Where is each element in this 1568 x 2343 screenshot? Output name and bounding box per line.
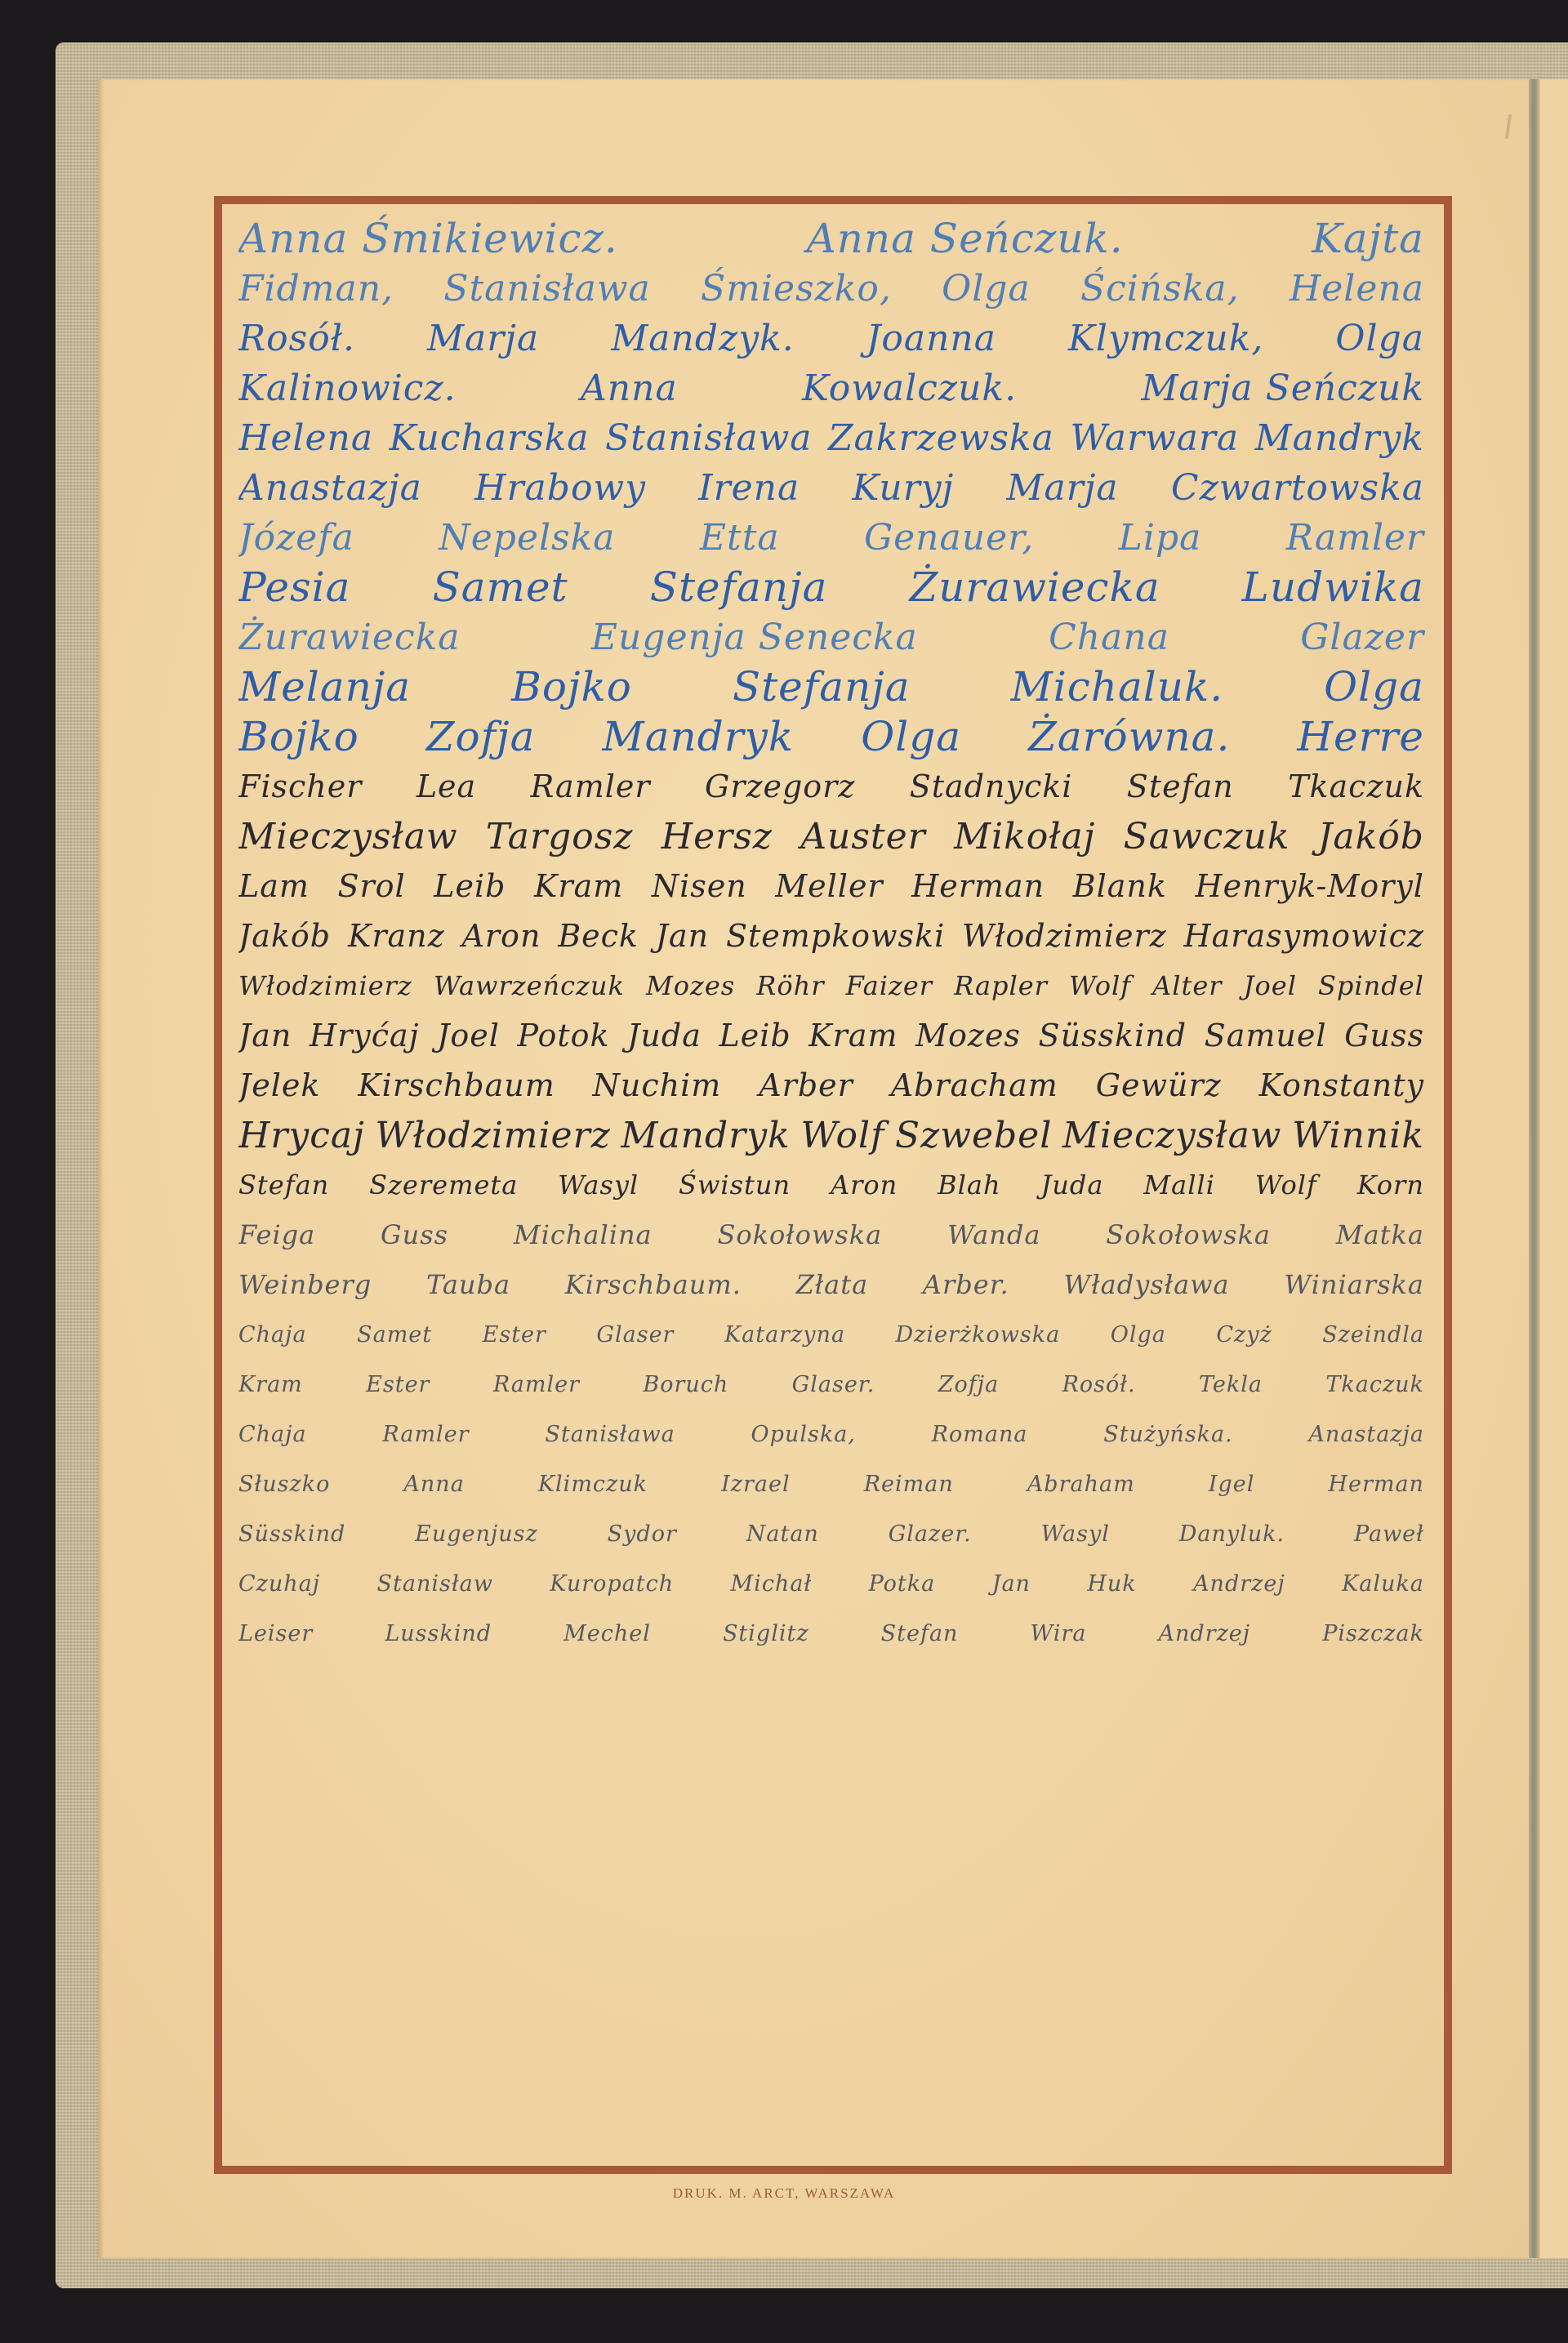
signature-word: Nepelska — [439, 513, 623, 563]
signature-word: Kram — [238, 1360, 311, 1410]
signature-word: Samet — [357, 1310, 440, 1360]
signature-word: Stadnycki — [910, 762, 1081, 812]
signature-word: Michaluk. — [1011, 662, 1232, 712]
signature-word: Sydor — [608, 1509, 685, 1559]
signature-word: Arber — [759, 1061, 862, 1111]
signature-word: Żurawiecka — [909, 563, 1168, 612]
signature-word: Jakób — [1318, 812, 1432, 862]
signature-line: MieczysławTargoszHerszAusterMikołajSawcz… — [238, 812, 1432, 862]
signature-word: Złata — [796, 1260, 877, 1310]
signature-word: Ester — [366, 1360, 438, 1410]
signature-word: Genauer, — [864, 513, 1042, 563]
signature-word: Kirschbaum — [358, 1061, 563, 1111]
signature-word: Kaluka — [1342, 1559, 1432, 1609]
signature-line: MelanjaBojkoStefanjaMichaluk.Olga — [238, 662, 1432, 712]
signature-word: Dzierżkowska — [896, 1310, 1069, 1360]
signature-word: Sokołowska — [717, 1210, 890, 1260]
signature-word: Kram — [808, 1011, 906, 1061]
signature-line: ChajaRamlerStanisławaOpulska,RomanaStuży… — [238, 1410, 1432, 1459]
signature-word: Winnik — [1292, 1111, 1432, 1160]
signature-word: Malli — [1143, 1160, 1223, 1210]
signature-line: HelenaKucharskaStanisławaZakrzewskaWarwa… — [238, 413, 1432, 463]
signature-word: Włodzimierz — [962, 911, 1175, 961]
signature-word: Kirschbaum. — [565, 1260, 750, 1310]
signature-word: Andrzej — [1193, 1559, 1294, 1609]
signature-word: Joel — [437, 1011, 508, 1061]
signature-word: Jan — [992, 1559, 1039, 1609]
signature-word: Wira — [1031, 1609, 1095, 1659]
signature-word: Jelek — [238, 1061, 328, 1111]
signature-word: Juda — [627, 1011, 710, 1061]
signature-word: Stanisława — [443, 264, 658, 314]
signature-frame: Anna Śmikiewicz.Anna Seńczuk.KajtaFidman… — [214, 196, 1452, 2174]
signature-word: Weinberg — [238, 1260, 380, 1310]
signature-word: Beck — [558, 911, 647, 961]
signature-word: Melanja — [238, 662, 419, 712]
signature-word: Paweł — [1354, 1509, 1432, 1559]
signature-word: Targosz — [486, 812, 642, 862]
signature-word: Olga — [1324, 662, 1432, 712]
signature-word: Sokołowska — [1106, 1210, 1279, 1260]
signature-word: Żurawiecka — [238, 612, 469, 662]
signature-word: Kajta — [1312, 214, 1432, 264]
signature-word: Glaser. — [792, 1360, 884, 1410]
signature-word: Czwartowska — [1171, 463, 1432, 513]
signature-word: Glaser — [596, 1310, 682, 1360]
signature-word: Süsskind — [1039, 1011, 1196, 1061]
signature-word: Wasyl — [1041, 1509, 1118, 1559]
signature-word: Kowalczuk. — [802, 363, 1025, 413]
signature-word: Konstanty — [1259, 1061, 1432, 1111]
signature-word: Igel — [1209, 1459, 1263, 1509]
signature-word: Ramler — [382, 1410, 477, 1459]
signature-word: Stefan — [238, 1160, 337, 1210]
signature-word: Stanisława — [545, 1410, 683, 1459]
signature-word: Marja — [427, 314, 547, 363]
signature-line: SüsskindEugenjuszSydorNatanGlazer.WasylD… — [238, 1509, 1432, 1559]
signature-line: LamSrolLeibKramNisenMellerHermanBlankHen… — [238, 862, 1432, 911]
signature-word: Kuryj — [852, 463, 962, 513]
signature-word: Tkaczuk — [1288, 762, 1432, 812]
signature-word: Tauba — [426, 1260, 519, 1310]
signature-word: Olga — [1335, 314, 1432, 363]
signature-word: Joanna — [866, 314, 1004, 363]
signature-word: Spindel — [1318, 961, 1432, 1011]
signature-word: Wolf — [800, 1111, 893, 1160]
signature-word: Ścińska, — [1080, 264, 1248, 314]
signature-word: Andrzej — [1158, 1609, 1258, 1659]
signature-word: Mandryk — [603, 712, 803, 762]
signature-word: Marja — [1006, 463, 1126, 513]
signature-word: Korn — [1357, 1160, 1432, 1210]
signature-word: Hryćaj — [310, 1011, 428, 1061]
signature-line: JózefaNepelskaEttaGenauer,LipaRamler — [238, 513, 1432, 563]
signature-line: PesiaSametStefanjaŻurawieckaLudwika — [238, 563, 1432, 612]
signature-word: Klimczuk — [538, 1459, 656, 1509]
signature-word: Romana — [932, 1410, 1036, 1459]
signature-word: Chana — [1049, 612, 1178, 662]
signature-word: Anna Śmikiewicz. — [238, 214, 626, 264]
signature-word: Lipa — [1119, 513, 1210, 563]
signature-word: Blank — [1073, 862, 1175, 911]
signature-word: Matka — [1336, 1210, 1432, 1260]
signature-word: Katarzyna — [724, 1310, 853, 1360]
signature-word: Mozes — [646, 961, 743, 1011]
signature-word: Eugenja Senecka — [591, 612, 926, 662]
signature-line: AnastazjaHrabowyIrenaKuryjMarjaCzwartows… — [238, 463, 1432, 513]
signature-word: Aron — [831, 1160, 906, 1210]
printer-imprint: DRUK. M. ARCT, WARSZAWA — [0, 2185, 1568, 2202]
signature-word: Anna — [581, 363, 686, 413]
signature-word: Guss — [1344, 1011, 1432, 1061]
signature-word: Chaja — [238, 1410, 315, 1459]
signature-word: Stefan — [881, 1609, 967, 1659]
signature-word: Kranz — [348, 911, 453, 961]
signature-word: Wanda — [947, 1210, 1049, 1260]
signature-word: Jakób — [238, 911, 339, 961]
signature-word: Potok — [517, 1011, 617, 1061]
signature-word: Helena — [238, 413, 381, 463]
signature-line: KramEsterRamlerBoruchGlaser.ZofjaRosół.T… — [238, 1360, 1432, 1410]
signature-word: Glazer. — [889, 1509, 980, 1559]
signature-word: Herman — [1328, 1459, 1432, 1509]
signature-word: Anastazja — [1309, 1410, 1432, 1459]
signature-word: Mandzyk. — [611, 314, 802, 363]
signature-word: Chaja — [238, 1310, 315, 1360]
signature-line: ChajaSametEsterGlaserKatarzynaDzierżkows… — [238, 1310, 1432, 1360]
signature-word: Anastazja — [238, 463, 430, 513]
signature-line: JelekKirschbaumNuchimArberAbrachamGewürz… — [238, 1061, 1432, 1111]
signature-word: Jan — [238, 1011, 300, 1061]
signature-word: Ludwika — [1242, 563, 1432, 612]
signature-word: Guss — [381, 1210, 457, 1260]
signature-word: Fischer — [238, 762, 370, 812]
signature-word: Mikołaj — [954, 812, 1103, 862]
signature-word: Joel — [1244, 961, 1305, 1011]
signature-word: Kucharska — [390, 413, 598, 463]
signature-list: Anna Śmikiewicz.Anna Seńczuk.KajtaFidman… — [238, 214, 1432, 2158]
signature-word: Sawczuk — [1124, 812, 1298, 862]
signature-line: JakóbKranzAronBeckJanStempkowskiWłodzimi… — [238, 911, 1432, 961]
signature-word: Kalinowicz. — [238, 363, 465, 413]
signature-word: Jan — [656, 911, 717, 961]
signature-line: BojkoZofjaMandrykOlgaŻarówna.Herre — [238, 712, 1432, 762]
signature-word: Szeindla — [1322, 1310, 1432, 1360]
signature-line: Anna Śmikiewicz.Anna Seńczuk.Kajta — [238, 214, 1432, 264]
signature-word: Hersz — [661, 812, 781, 862]
signature-word: Ester — [483, 1310, 555, 1360]
signature-word: Olga — [861, 712, 969, 762]
signature-word: Samuel — [1205, 1011, 1335, 1061]
signature-word: Abracham — [891, 1061, 1067, 1111]
signature-word: Zofja — [938, 1360, 1007, 1410]
signature-word: Auster — [800, 812, 933, 862]
signature-line: ŻurawieckaEugenja SeneckaChanaGlazer — [238, 612, 1432, 662]
signature-word: Rosół. — [238, 314, 363, 363]
signature-word: Opulska, — [751, 1410, 864, 1459]
signature-word: Michalina — [514, 1210, 661, 1260]
signature-word: Ramler — [531, 762, 659, 812]
signature-word: Ramler — [1286, 513, 1432, 563]
signature-word: Nuchim — [593, 1061, 730, 1111]
signature-word: Irena — [698, 463, 808, 513]
signature-word: Zofja — [426, 712, 544, 762]
signature-word: Wawrzeńczuk — [434, 961, 633, 1011]
signature-word: Leib — [719, 1011, 799, 1061]
signature-word: Meller — [775, 862, 891, 911]
signature-word: Anna Seńczuk. — [807, 214, 1132, 264]
signature-word: Leiser — [238, 1609, 321, 1659]
signature-word: Tkaczuk — [1325, 1360, 1432, 1410]
signature-word: Mieczysław — [238, 812, 466, 862]
signature-word: Abraham — [1027, 1459, 1143, 1509]
signature-word: Süsskind — [238, 1509, 354, 1559]
signature-line: FeigaGussMichalinaSokołowskaWandaSokołow… — [238, 1210, 1432, 1260]
signature-word: Stefanja — [650, 563, 836, 612]
signature-word: Marja Seńczuk — [1141, 363, 1432, 413]
signature-word: Henryk-Moryl — [1195, 862, 1432, 911]
signature-word: Arber. — [923, 1260, 1018, 1310]
signature-word: Warwara — [1070, 413, 1247, 463]
facing-page-edge — [1539, 79, 1568, 2258]
signature-word: Czuhaj — [238, 1559, 328, 1609]
signature-word: Świstun — [679, 1160, 799, 1210]
signature-word: Mieczysław — [1062, 1111, 1290, 1160]
signature-word: Szwebel — [895, 1111, 1060, 1160]
signature-word: Danyluk. — [1179, 1509, 1293, 1559]
signature-word: Ramler — [493, 1360, 588, 1410]
signature-word: Lusskind — [385, 1609, 500, 1659]
signature-word: Włodzimierz — [238, 961, 421, 1011]
signature-word: Harasymowicz — [1183, 911, 1432, 961]
signature-word: Wolf — [1069, 961, 1139, 1011]
signature-line: WeinbergTaubaKirschbaum.ZłataArber.Włady… — [238, 1260, 1432, 1310]
signature-line: Kalinowicz.AnnaKowalczuk.Marja Seńczuk — [238, 363, 1432, 413]
signature-word: Stefanja — [733, 662, 919, 712]
signature-word: Wasyl — [558, 1160, 647, 1210]
signature-word: Aron — [461, 911, 549, 961]
signature-word: Mandryk — [621, 1111, 798, 1160]
signature-line: FischerLeaRamlerGrzegorzStadnyckiStefanT… — [238, 762, 1432, 812]
signature-word: Władysława — [1063, 1260, 1237, 1310]
signature-word: Stanisława — [605, 413, 820, 463]
signature-word: Etta — [700, 513, 788, 563]
signature-word: Gewürz — [1096, 1061, 1230, 1111]
signature-word: Olga — [1111, 1310, 1174, 1360]
signature-word: Wolf — [1255, 1160, 1325, 1210]
signature-word: Juda — [1040, 1160, 1111, 1210]
signature-word: Piszczak — [1322, 1609, 1432, 1659]
signature-word: Śmieszko, — [701, 264, 900, 314]
signature-word: Bojko — [511, 662, 640, 712]
signature-word: Stefan — [1127, 762, 1242, 812]
signature-word: Mandryk — [1255, 413, 1432, 463]
signature-word: Boruch — [643, 1360, 737, 1410]
signature-word: Herman — [911, 862, 1053, 911]
signature-line: SłuszkoAnnaKlimczukIzraelReimanAbrahamIg… — [238, 1459, 1432, 1509]
signature-word: Winiarska — [1284, 1260, 1432, 1310]
signature-word: Olga — [942, 264, 1039, 314]
signature-word: Eugenjusz — [415, 1509, 546, 1559]
signature-word: Feiga — [238, 1210, 323, 1260]
signature-word: Anna — [403, 1459, 472, 1509]
signature-line: Fidman,StanisławaŚmieszko,OlgaŚcińska,He… — [238, 264, 1432, 314]
signature-word: Lea — [416, 762, 484, 812]
signature-word: Huk — [1087, 1559, 1144, 1609]
signature-word: Nisen — [652, 862, 755, 911]
signature-line: StefanSzeremetaWasylŚwistunAronBlahJudaM… — [238, 1160, 1432, 1210]
signature-word: Kram — [534, 862, 631, 911]
signature-word: Reiman — [864, 1459, 962, 1509]
signature-word: Izrael — [721, 1459, 799, 1509]
signature-line: Rosół.MarjaMandzyk.JoannaKlymczuk,Olga — [238, 314, 1432, 363]
signature-word: Potka — [869, 1559, 944, 1609]
signature-word: Józefa — [238, 513, 363, 563]
signature-word: Mozes — [915, 1011, 1029, 1061]
signature-word: Mechel — [563, 1609, 659, 1659]
signature-word: Stużyńska. — [1103, 1410, 1241, 1459]
signature-word: Alter — [1152, 961, 1230, 1011]
signature-word: Żarówna. — [1028, 712, 1238, 762]
signature-line: WłodzimierzWawrzeńczukMozesRöhrFaizerRap… — [238, 961, 1432, 1011]
signature-word: Słuszko — [238, 1459, 338, 1509]
signature-word: Pesia — [238, 563, 359, 612]
signature-word: Fidman, — [238, 264, 402, 314]
signature-word: Zakrzewska — [828, 413, 1062, 463]
signature-word: Leib — [434, 862, 514, 911]
signature-word: Rosół. — [1062, 1360, 1144, 1410]
signature-word: Helena — [1290, 264, 1432, 314]
signature-word: Szeremeta — [369, 1160, 526, 1210]
signature-word: Bojko — [238, 712, 367, 762]
signature-word: Hrabowy — [474, 463, 654, 513]
signature-word: Czyż — [1216, 1310, 1280, 1360]
signature-word: Tekla — [1199, 1360, 1271, 1410]
signature-word: Włodzimierz — [375, 1111, 618, 1160]
signature-word: Srol — [337, 862, 413, 911]
book-gutter — [1529, 79, 1539, 2258]
signature-word: Herre — [1297, 712, 1432, 762]
signature-line: HrycajWłodzimierzMandrykWolfSzwebelMiecz… — [238, 1111, 1432, 1160]
signature-word: Samet — [432, 563, 576, 612]
signature-word: Stanisław — [377, 1559, 501, 1609]
signature-word: Kuropatch — [550, 1559, 682, 1609]
signature-word: Klymczuk, — [1068, 314, 1272, 363]
signature-line: LeiserLusskindMechelStiglitzStefanWiraAn… — [238, 1609, 1432, 1659]
signature-word: Stempkowski — [726, 911, 953, 961]
signature-word: Blah — [938, 1160, 1009, 1210]
signature-word: Natan — [746, 1509, 827, 1559]
signature-word: Michał — [731, 1559, 821, 1609]
signature-word: Lam — [238, 862, 318, 911]
signature-word: Rapler — [954, 961, 1056, 1011]
signature-word: Hrycaj — [238, 1111, 373, 1160]
signature-word: Glazer — [1300, 612, 1432, 662]
signature-word: Faizer — [846, 961, 941, 1011]
signature-line: JanHryćajJoelPotokJudaLeibKramMozesSüssk… — [238, 1011, 1432, 1061]
signature-word: Stiglitz — [723, 1609, 817, 1659]
signature-line: CzuhajStanisławKuropatchMichałPotkaJanHu… — [238, 1559, 1432, 1609]
signature-word: Grzegorz — [705, 762, 863, 812]
signature-word: Röhr — [756, 961, 832, 1011]
